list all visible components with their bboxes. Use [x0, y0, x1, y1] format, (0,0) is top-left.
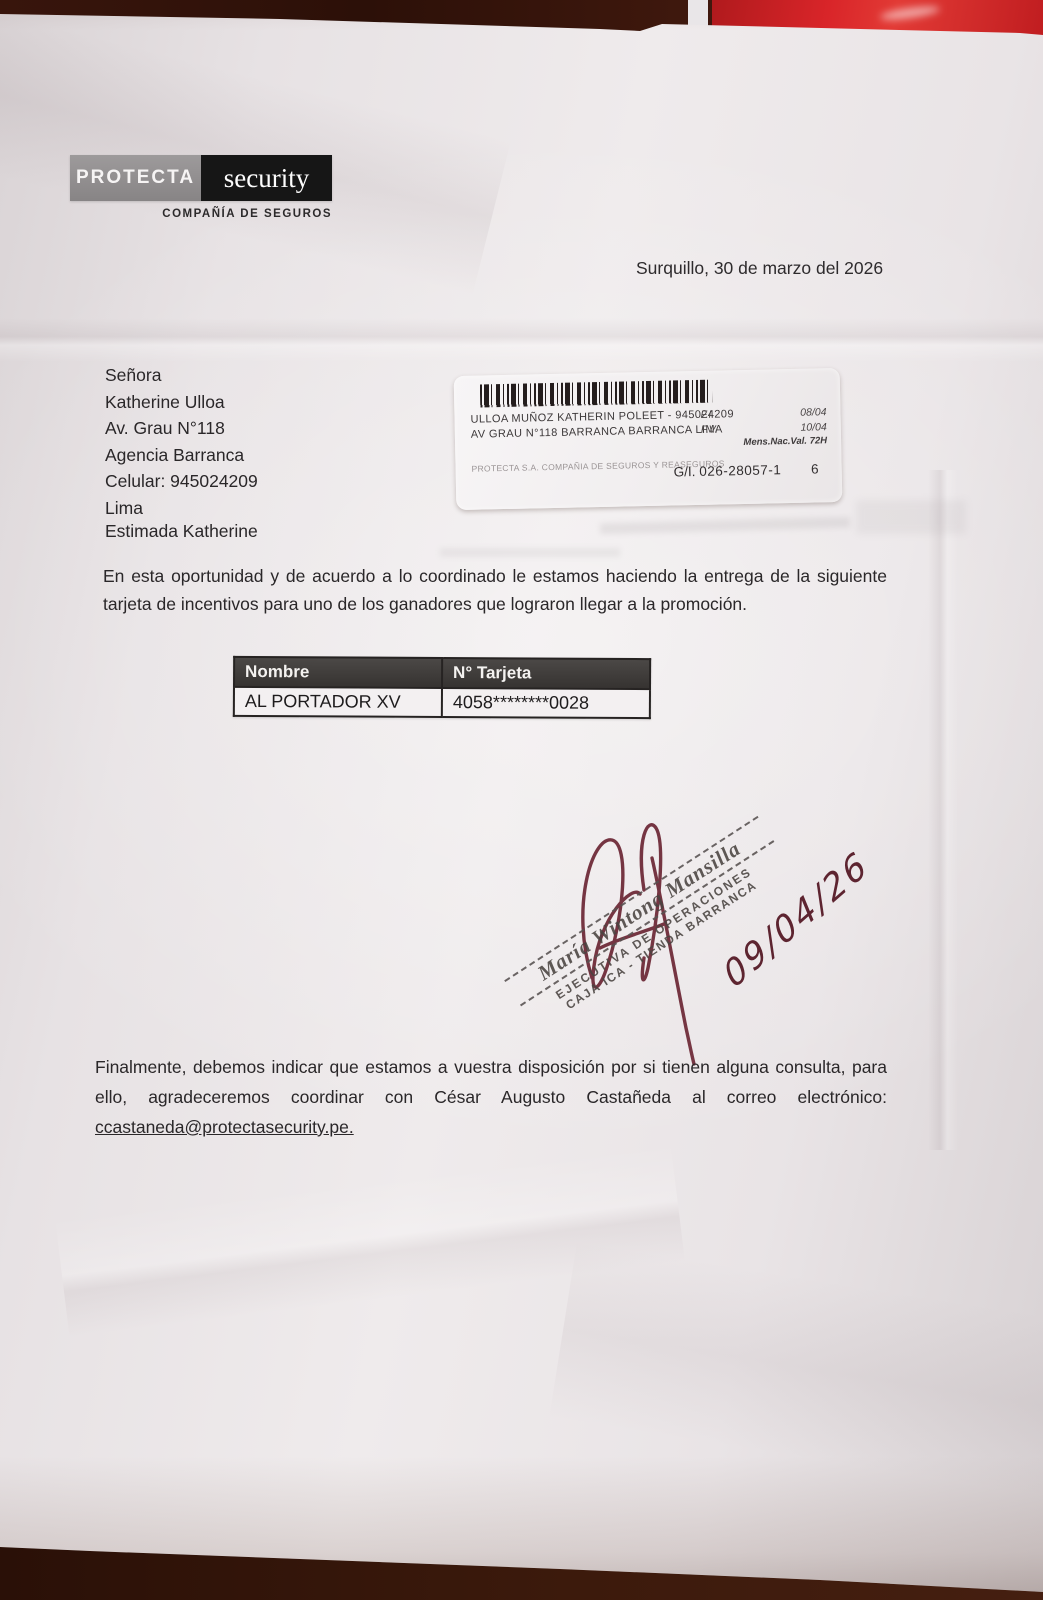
protecta-logo: PROTECTA security COMPAÑÍA DE SEGUROS [70, 155, 332, 220]
table-row: AL PORTADOR XV 4058********0028 [234, 687, 650, 718]
cell-nombre-value: AL PORTADOR XV [234, 687, 442, 717]
recipient-city: Lima [105, 495, 258, 522]
letter-paper: PROTECTA security COMPAÑÍA DE SEGUROS Su… [0, 0, 1043, 1600]
paper-crease [0, 5, 511, 296]
incentive-card-table: Nombre N° Tarjeta AL PORTADOR XV 4058***… [233, 656, 651, 719]
ink-bleedthrough [856, 500, 966, 534]
sticker-fv-row: F.V. 10/04 [701, 421, 827, 436]
closing-paragraph: Finalmente, debemos indicar que estamos … [95, 1052, 887, 1142]
closing-text: Finalmente, debemos indicar que estamos … [95, 1057, 887, 1107]
logo-boxes: PROTECTA security [70, 155, 332, 201]
date-line: Surquillo, 30 de marzo del 2026 [636, 258, 883, 279]
recipient-phone: Celular: 945024209 [105, 468, 258, 495]
photo-background: PROTECTA security COMPAÑÍA DE SEGUROS Su… [0, 0, 1043, 1600]
sticker-address-line: AV GRAU N°118 BARRANCA BARRANCA LIMA [471, 423, 723, 440]
recipient-agency: Agencia Barranca [105, 442, 258, 469]
greeting: Estimada Katherine [105, 521, 258, 542]
sticker-gi-line: G/I. 026-28057-1 6 [674, 461, 819, 479]
sticker-fv-label: F.V. [701, 423, 718, 435]
paper-crease [55, 1143, 685, 1338]
contact-email: ccastaneda@protectasecurity.pe. [95, 1112, 354, 1142]
recipient-address: Av. Grau N°118 [105, 415, 258, 442]
recipient-block: Señora Katherine Ulloa Av. Grau N°118 Ag… [105, 362, 258, 521]
logo-protecta-box: PROTECTA [70, 155, 201, 201]
sticker-fi-value: 08/04 [800, 406, 827, 419]
logo-tagline: COMPAÑÍA DE SEGUROS [70, 208, 332, 220]
sticker-gi-digit: 6 [811, 461, 819, 476]
header-cell-tarjeta: N° Tarjeta [442, 658, 650, 689]
sticker-gi-label: G/I. [674, 464, 696, 479]
sticker-mens-label: Mens.Nac.Val. 72H [701, 435, 827, 449]
barcode-icon [480, 380, 712, 408]
paper-crease [928, 470, 958, 1150]
logo-security-box: security [201, 155, 332, 201]
cell-tarjeta-value: 4058********0028 [442, 688, 650, 718]
address-sticker: ULLOA MUÑOZ KATHERIN POLEET - 945024209 … [454, 368, 843, 510]
table-header-row: Nombre N° Tarjeta [234, 657, 650, 689]
sticker-fi-row: F.I. 08/04 [700, 406, 826, 421]
stamp-title: EJECUTIVA DE OPERACIONES [523, 845, 784, 1021]
ink-bleedthrough [440, 548, 620, 557]
recipient-salutation: Señora [105, 362, 258, 389]
paper-crease [0, 318, 1043, 362]
sticker-validity-block: F.I. 08/04 F.V. 10/04 Mens.Nac.Val. 72H [700, 406, 827, 449]
sticker-fi-label: F.I. [700, 409, 714, 421]
sticker-gi-number: 026-28057-1 [699, 462, 781, 479]
sticker-fv-value: 10/04 [800, 421, 827, 434]
ink-bleedthrough [600, 517, 850, 535]
paper-crease [549, 1240, 1043, 1499]
recipient-name: Katherine Ulloa [105, 389, 258, 416]
body-paragraph: En esta oportunidad y de acuerdo a lo co… [103, 562, 887, 618]
approval-stamp: María Wintong Mansilla EJECUTIVA DE OPER… [504, 816, 792, 1033]
header-cell-nombre: Nombre [234, 657, 442, 688]
